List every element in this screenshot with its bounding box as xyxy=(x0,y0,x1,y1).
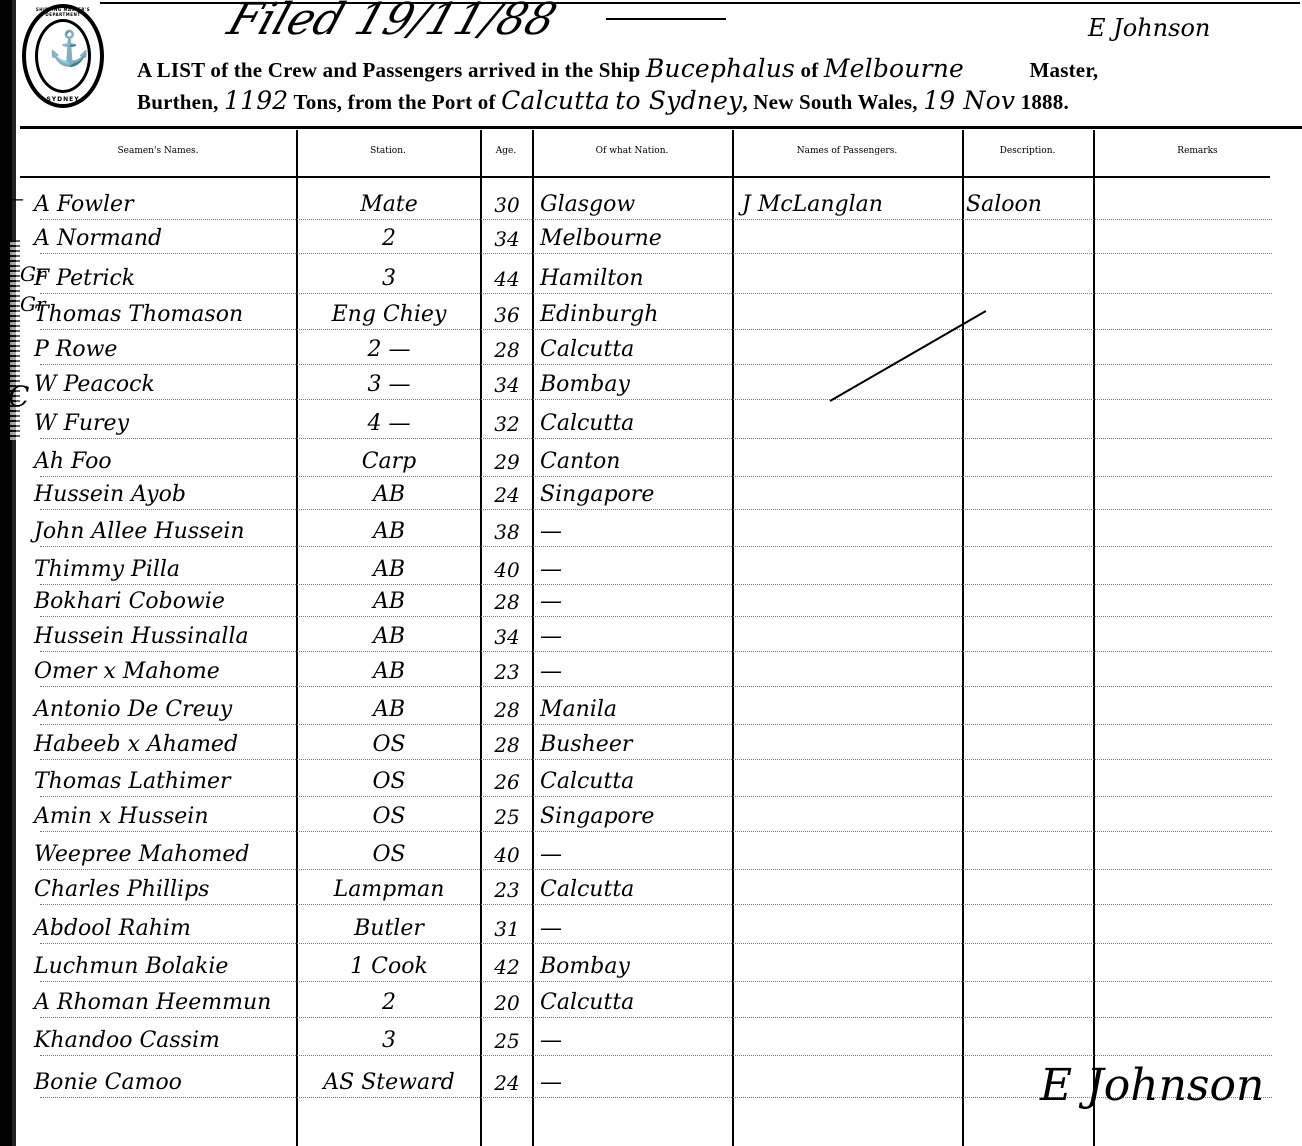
station: 2 xyxy=(300,986,478,1020)
crew-row: Bokhari CobowieAB28— xyxy=(0,585,1302,619)
crew-row: Antonio De CreuyAB28Manila xyxy=(0,693,1302,727)
station: AB xyxy=(300,478,478,512)
nation: Calcutta xyxy=(540,986,730,1020)
column-header-description: Description. xyxy=(962,146,1093,156)
age: 40 xyxy=(484,553,530,587)
filed-annotation: Filed 19/11/88 xyxy=(222,0,563,45)
station: OS xyxy=(300,838,478,872)
nation: — xyxy=(540,1024,730,1058)
station: AB xyxy=(300,620,478,654)
seaman-name: Antonio De Creuy xyxy=(34,693,296,727)
crew-row: Ah FooCarp29Canton xyxy=(0,445,1302,479)
station: OS xyxy=(300,800,478,834)
seal-top-text: SHIPPING MASTER'S DEPARTMENT xyxy=(26,7,100,17)
age: 38 xyxy=(484,515,530,549)
seaman-name: Abdool Rahim xyxy=(34,912,296,946)
crew-row: Amin x HusseinOS25Singapore xyxy=(0,800,1302,834)
crew-row: A Rhoman Heemmun220Calcutta xyxy=(0,986,1302,1020)
crew-row: W Peacock3 —34Bombay xyxy=(0,368,1302,402)
nation: Canton xyxy=(540,445,730,479)
seaman-name: Hussein Ayob xyxy=(34,478,296,512)
seaman-name: Weepree Mahomed xyxy=(34,838,296,872)
crew-row: Omer x MahomeAB23— xyxy=(0,655,1302,689)
nation: Hamilton xyxy=(540,262,730,296)
seaman-name: John Allee Hussein xyxy=(34,515,296,549)
age: 28 xyxy=(484,728,530,762)
crew-row: Charles PhillipsLampman23Calcutta xyxy=(0,873,1302,907)
age: 23 xyxy=(484,655,530,689)
crew-row: W Furey4 —32Calcutta xyxy=(0,407,1302,441)
age: 28 xyxy=(484,693,530,727)
nation: — xyxy=(540,912,730,946)
crew-row: Thimmy PillaAB40— xyxy=(0,553,1302,587)
seaman-name: W Furey xyxy=(34,407,296,441)
station: AB xyxy=(300,585,478,619)
seaman-name: Thimmy Pilla xyxy=(34,553,296,587)
margin-mark: Gr xyxy=(20,292,46,316)
column-header-seamen-names: Seamen's Names. xyxy=(20,146,296,156)
station: 1 Cook xyxy=(300,950,478,984)
nation: — xyxy=(540,838,730,872)
station: AB xyxy=(300,655,478,689)
crew-passenger-list-document: SHIPPING MASTER'S DEPARTMENT ⚓ SYDNEY Fi… xyxy=(0,0,1302,1146)
seaman-name: W Peacock xyxy=(34,368,296,402)
nation: — xyxy=(540,620,730,654)
signature-top: E Johnson xyxy=(1088,14,1210,42)
crew-row: F Petrick344Hamilton xyxy=(0,262,1302,296)
nation: Edinburgh xyxy=(540,298,730,332)
station: 3 — xyxy=(300,368,478,402)
age: 42 xyxy=(484,950,530,984)
age: 36 xyxy=(484,298,530,332)
ship-name: Bucephalus xyxy=(646,54,795,83)
station: Carp xyxy=(300,445,478,479)
age: 28 xyxy=(484,333,530,367)
nation: Calcutta xyxy=(540,873,730,907)
nation: Manila xyxy=(540,693,730,727)
signature-bottom: E Johnson xyxy=(1040,1060,1264,1111)
seaman-name: Thomas Lathimer xyxy=(34,765,296,799)
nation: Singapore xyxy=(540,478,730,512)
seaman-name: P Rowe xyxy=(34,333,296,367)
seaman-name: Bonie Camoo xyxy=(34,1066,296,1100)
crew-row: Weepree MahomedOS40— xyxy=(0,838,1302,872)
age: 28 xyxy=(484,585,530,619)
age: 40 xyxy=(484,838,530,872)
margin-mark: — xyxy=(4,186,24,210)
station: AB xyxy=(300,553,478,587)
age: 29 xyxy=(484,445,530,479)
nation: Singapore xyxy=(540,800,730,834)
crew-row: Luchmun Bolakie1 Cook42Bombay xyxy=(0,950,1302,984)
nation: — xyxy=(540,515,730,549)
nation: Bombay xyxy=(540,368,730,402)
crew-row: A Normand234Melbourne xyxy=(0,222,1302,256)
nation: — xyxy=(540,655,730,689)
anchor-icon: ⚓ xyxy=(48,32,90,66)
seaman-name: Ah Foo xyxy=(34,445,296,479)
seaman-name: Amin x Hussein xyxy=(34,800,296,834)
shipping-master-seal: SHIPPING MASTER'S DEPARTMENT ⚓ SYDNEY xyxy=(22,4,104,108)
home-port: Melbourne xyxy=(824,54,964,83)
nation: — xyxy=(540,1066,730,1100)
margin-mark: Gr xyxy=(20,262,46,286)
station: OS xyxy=(300,728,478,762)
from-port: Calcutta xyxy=(501,86,610,115)
seaman-name: Luchmun Bolakie xyxy=(34,950,296,984)
nation: Busheer xyxy=(540,728,730,762)
age: 25 xyxy=(484,1024,530,1058)
column-header-nation: Of what Nation. xyxy=(532,146,732,156)
station: 3 xyxy=(300,1024,478,1058)
title-line-1: A LIST of the Crew and Passengers arrive… xyxy=(137,54,1098,83)
station: Butler xyxy=(300,912,478,946)
seaman-name: Thomas Thomason xyxy=(34,298,296,332)
title-line-2: Burthen, 1192 Tons, from the Port of Cal… xyxy=(137,86,1069,115)
age: 24 xyxy=(484,478,530,512)
nation: Melbourne xyxy=(540,222,730,256)
age: 44 xyxy=(484,262,530,296)
age: 34 xyxy=(484,620,530,654)
nation: Calcutta xyxy=(540,765,730,799)
station: Eng Chiey xyxy=(300,298,478,332)
crew-row: Abdool RahimButler31— xyxy=(0,912,1302,946)
seaman-name: F Petrick xyxy=(34,262,296,296)
seaman-name: Charles Phillips xyxy=(34,873,296,907)
column-header-passenger-names: Names of Passengers. xyxy=(732,146,962,156)
age: 25 xyxy=(484,800,530,834)
arrival-year: 1888. xyxy=(1021,90,1069,114)
station: 4 — xyxy=(300,407,478,441)
age: 24 xyxy=(484,1066,530,1100)
seaman-name: Omer x Mahome xyxy=(34,655,296,689)
age: 23 xyxy=(484,873,530,907)
crew-row: P Rowe2 —28Calcutta xyxy=(0,333,1302,367)
passenger-name: J McLanglan xyxy=(742,188,958,222)
station: AB xyxy=(300,693,478,727)
station: 2 — xyxy=(300,333,478,367)
passenger-row: J McLanglan Saloon xyxy=(0,188,1302,222)
seal-bottom-text: SYDNEY xyxy=(26,96,100,103)
column-header-remarks: Remarks xyxy=(1093,146,1302,156)
station: Lampman xyxy=(300,873,478,907)
station: AS Steward xyxy=(300,1066,478,1100)
age: 26 xyxy=(484,765,530,799)
seaman-name: A Normand xyxy=(34,222,296,256)
nation: Calcutta xyxy=(540,407,730,441)
crew-row: Khandoo Cassim325— xyxy=(0,1024,1302,1058)
age: 32 xyxy=(484,407,530,441)
column-header-station: Station. xyxy=(296,146,480,156)
passenger-description: Saloon xyxy=(966,188,1090,222)
seaman-name: Khandoo Cassim xyxy=(34,1024,296,1058)
station: 3 xyxy=(300,262,478,296)
margin-mark: C xyxy=(8,380,29,413)
crew-row: Thomas LathimerOS26Calcutta xyxy=(0,765,1302,799)
seaman-name: Bokhari Cobowie xyxy=(34,585,296,619)
crew-row: Hussein HussinallaAB34— xyxy=(0,620,1302,654)
column-header-age: Age. xyxy=(480,146,532,156)
nation: — xyxy=(540,553,730,587)
crew-row: Hussein AyobAB24Singapore xyxy=(0,478,1302,512)
crew-row: Habeeb x AhamedOS28Busheer xyxy=(0,728,1302,762)
crew-row: John Allee HusseinAB38— xyxy=(0,515,1302,549)
station: AB xyxy=(300,515,478,549)
age: 20 xyxy=(484,986,530,1020)
seaman-name: Habeeb x Ahamed xyxy=(34,728,296,762)
station: OS xyxy=(300,765,478,799)
to-port: to Sydney xyxy=(615,86,742,115)
station: 2 xyxy=(300,222,478,256)
age: 34 xyxy=(484,222,530,256)
nation: — xyxy=(540,585,730,619)
seaman-name: A Rhoman Heemmun xyxy=(34,986,296,1020)
burthen-tons: 1192 xyxy=(224,86,288,115)
age: 34 xyxy=(484,368,530,402)
nation: Bombay xyxy=(540,950,730,984)
age: 31 xyxy=(484,912,530,946)
crew-row: Thomas ThomasonEng Chiey36Edinburgh xyxy=(0,298,1302,332)
arrival-date: 19 Nov xyxy=(923,86,1015,115)
seaman-name: Hussein Hussinalla xyxy=(34,620,296,654)
nation: Calcutta xyxy=(540,333,730,367)
